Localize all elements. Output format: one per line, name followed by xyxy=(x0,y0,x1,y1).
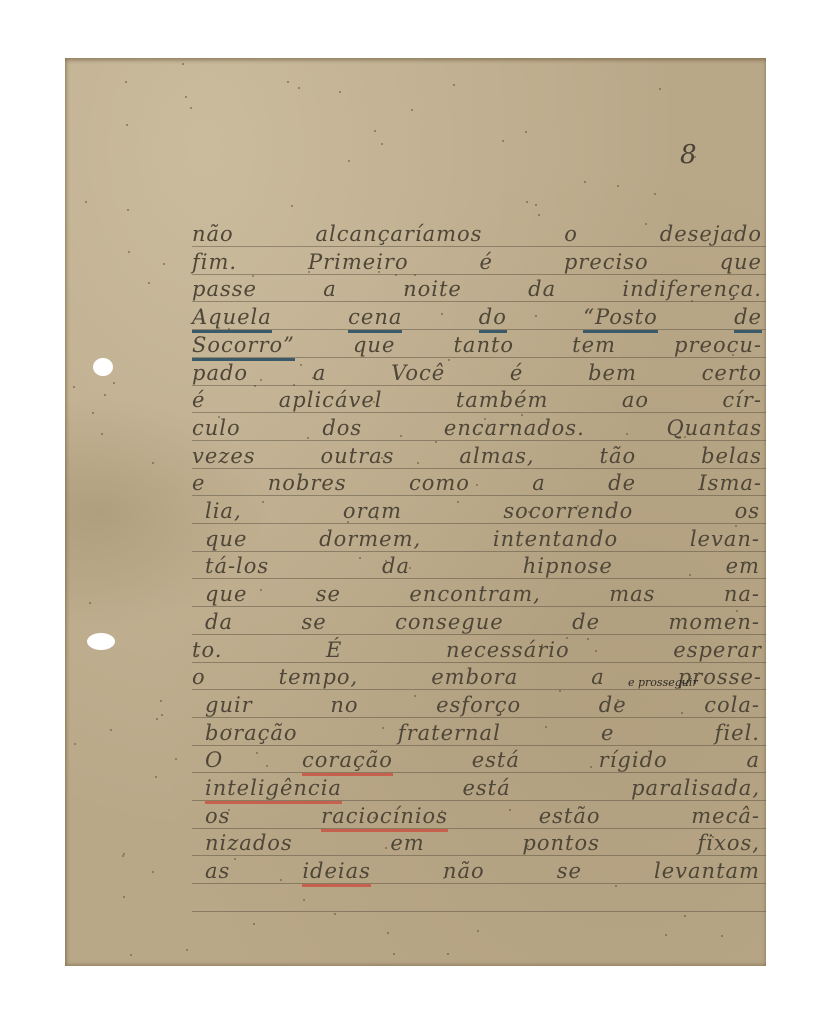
handwritten-word: preciso xyxy=(564,250,649,278)
handwritten-word: tanto xyxy=(453,333,514,361)
text-line: to.Énecessárioesperar xyxy=(192,638,762,666)
paper-speck xyxy=(447,953,449,955)
handwritten-word: ao xyxy=(622,388,649,416)
handwritten-word: mecâ- xyxy=(691,804,760,832)
paper-speck xyxy=(735,525,737,527)
paper-speck xyxy=(665,934,667,936)
paper-speck xyxy=(373,817,375,819)
handwritten-word: está xyxy=(462,776,510,804)
handwritten-word: de xyxy=(608,471,636,499)
paper-speck xyxy=(155,776,157,778)
handwritten-word: é xyxy=(510,361,523,389)
handwritten-word: os xyxy=(735,499,760,527)
handwritten-word: que xyxy=(205,582,247,610)
handwritten-word: embora xyxy=(431,665,518,693)
handwritten-word: coração xyxy=(302,748,393,776)
handwritten-word: É xyxy=(326,638,342,666)
paper-speck xyxy=(535,315,537,317)
paper-speck xyxy=(339,91,341,93)
paper-speck xyxy=(374,130,376,132)
text-line: passeanoitedaindiferença. xyxy=(192,277,762,305)
handwritten-word: inteligência xyxy=(205,776,342,804)
text-line: queseencontram,masna- xyxy=(205,582,760,610)
handwritten-word: as xyxy=(205,859,230,887)
handwritten-word: a xyxy=(532,471,546,499)
paper-speck xyxy=(228,627,230,629)
paper-speck xyxy=(300,364,302,366)
handwritten-word: belas xyxy=(701,444,762,472)
handwritten-word: de xyxy=(599,693,627,721)
handwritten-word: Quantas xyxy=(666,416,762,444)
paper-speck xyxy=(502,140,504,142)
paper-speck xyxy=(234,858,236,860)
paper-speck xyxy=(545,726,547,728)
handwritten-word: se xyxy=(316,582,341,610)
handwritten-word: que xyxy=(353,333,395,361)
handwritten-word: tempo, xyxy=(279,665,359,693)
handwritten-word: esforço xyxy=(436,693,521,721)
handwritten-word: mas xyxy=(609,582,655,610)
text-line: quedormem,intentandolevan- xyxy=(205,527,760,555)
handwritten-word: tá-los xyxy=(205,554,269,582)
paper-speck xyxy=(645,223,647,225)
paper-speck xyxy=(175,758,177,760)
handwritten-word: do xyxy=(479,305,507,333)
handwritten-word: oram xyxy=(343,499,402,527)
paper-speck xyxy=(161,714,163,716)
punch-hole-bottom xyxy=(87,633,115,650)
paper-speck xyxy=(293,384,295,386)
handwritten-word: e xyxy=(601,721,614,749)
paper-speck xyxy=(478,432,480,434)
handwritten-word: fim. xyxy=(192,250,237,278)
paper-speck xyxy=(126,124,128,126)
handwritten-word: em xyxy=(726,554,760,582)
paper-speck xyxy=(113,382,115,384)
handwritten-word: o xyxy=(564,222,578,250)
handwritten-word: culo xyxy=(192,416,241,444)
handwritten-word: que xyxy=(205,527,247,555)
paper-speck xyxy=(526,201,528,203)
paper-speck xyxy=(373,508,375,510)
paper-speck xyxy=(207,537,209,539)
handwritten-word: nobres xyxy=(268,471,347,499)
handwritten-word: ideias xyxy=(302,859,371,887)
handwritten-word: como xyxy=(409,471,470,499)
paper-speck xyxy=(409,567,411,569)
handwritten-word: boração xyxy=(205,721,298,749)
handwritten-word: a xyxy=(746,748,760,776)
handwritten-word: que xyxy=(720,250,762,278)
handwritten-word: necessário xyxy=(446,638,570,666)
handwritten-word: intentando xyxy=(493,527,618,555)
paper-speck xyxy=(152,462,154,464)
handwritten-word: é xyxy=(192,388,205,416)
handwritten-word: levantam xyxy=(654,859,760,887)
paper-speck xyxy=(626,433,628,435)
handwritten-word: guir xyxy=(205,693,253,721)
text-line: Socorro”quetantotempreocu- xyxy=(192,333,762,361)
handwritten-word: da xyxy=(528,277,556,305)
handwritten-word: outras xyxy=(321,444,395,472)
handwritten-word: pontos xyxy=(522,831,599,859)
handwritten-word: preocu- xyxy=(674,333,762,361)
paper-speck xyxy=(185,96,187,98)
page-number: 8 xyxy=(680,140,697,170)
paper-speck xyxy=(230,728,232,730)
paper-speck xyxy=(691,300,693,302)
handwritten-word: “Posto xyxy=(583,305,658,333)
handwritten-word: a xyxy=(591,665,605,693)
handwritten-word: certo xyxy=(702,361,762,389)
handwritten-word: a xyxy=(323,277,337,305)
handwritten-word: paralisada, xyxy=(631,776,760,804)
text-line: padoaVocêébemcerto xyxy=(192,361,762,389)
ruled-line xyxy=(192,911,766,912)
handwritten-word: raciocínios xyxy=(321,804,448,832)
text-line: inteligênciaestáparalisada, xyxy=(205,776,760,804)
handwritten-word: encontram, xyxy=(409,582,540,610)
paper-speck xyxy=(684,436,686,438)
handwritten-word: cola- xyxy=(704,693,760,721)
handwritten-word: encarnados. xyxy=(444,416,585,444)
paper-speck xyxy=(152,871,154,873)
handwritten-word: está xyxy=(472,748,520,776)
handwritten-word: hipnose xyxy=(523,554,613,582)
paper-speck xyxy=(382,727,384,729)
margin-annotation: e prosseguir xyxy=(628,676,698,689)
handwritten-word: lia, xyxy=(205,499,242,527)
text-line: nãoalcançaríamosodesejado xyxy=(192,222,762,250)
handwritten-word: to. xyxy=(192,638,222,666)
handwritten-word: em xyxy=(390,831,424,859)
paper-speck xyxy=(721,935,723,937)
paper-speck xyxy=(417,462,419,464)
handwritten-word: vezes xyxy=(192,444,256,472)
handwritten-word: da xyxy=(205,610,233,638)
handwritten-word: fraternal xyxy=(398,721,501,749)
handwritten-word: aplicável xyxy=(279,388,383,416)
paper-speck xyxy=(122,855,124,857)
handwritten-word: tem xyxy=(572,333,616,361)
handwritten-word: Socorro” xyxy=(192,333,295,361)
handwritten-word: Aquela xyxy=(192,305,272,333)
paper-speck xyxy=(376,518,378,520)
handwritten-word: pado xyxy=(192,361,248,389)
handwritten-word: alcançaríamos xyxy=(316,222,483,250)
handwritten-word: da xyxy=(382,554,410,582)
handwritten-word: dormem, xyxy=(319,527,421,555)
handwritten-word: Primeiro xyxy=(308,250,409,278)
handwritten-word: esperar xyxy=(673,638,762,666)
text-line: boraçãofraternalefiel. xyxy=(205,721,760,749)
text-line: tá-losdahipnoseem xyxy=(205,554,760,582)
handwritten-word: estão xyxy=(539,804,601,832)
paper-speck xyxy=(125,81,127,83)
text-line: fim.Primeiroéprecisoque xyxy=(192,250,762,278)
handwritten-word: se xyxy=(301,610,326,638)
paper-speck xyxy=(527,845,529,847)
handwritten-word: O xyxy=(205,748,223,776)
handwritten-word: também xyxy=(456,388,549,416)
handwritten-word: o xyxy=(192,665,206,693)
handwritten-word: socorrendo xyxy=(503,499,633,527)
punch-hole-top xyxy=(93,358,113,376)
handwritten-word: desejado xyxy=(660,222,762,250)
handwritten-word: é xyxy=(480,250,493,278)
handwritten-word: dos xyxy=(322,416,362,444)
paper-speck xyxy=(487,424,489,426)
paper-speck xyxy=(73,386,75,388)
handwritten-word: almas, xyxy=(459,444,534,472)
handwritten-word: cír- xyxy=(722,388,762,416)
handwritten-word: não xyxy=(192,222,234,250)
handwritten-word: tão xyxy=(600,444,637,472)
paper-speck xyxy=(252,275,254,277)
paper-speck xyxy=(298,87,300,89)
handwritten-word: nizados xyxy=(205,831,293,859)
handwritten-word: fixos, xyxy=(698,831,760,859)
paper-speck xyxy=(525,131,527,133)
handwritten-word: fiel. xyxy=(715,721,760,749)
paper-speck xyxy=(308,271,310,273)
handwritten-word: Isma- xyxy=(698,471,762,499)
paper-speck xyxy=(266,765,268,767)
text-line: nizadosempontosfixos, xyxy=(205,831,760,859)
handwritten-word: consegue xyxy=(395,610,504,638)
paper-speck xyxy=(198,336,200,338)
text-line: lia,oramsocorrendoos xyxy=(205,499,760,527)
handwritten-word: não xyxy=(443,859,485,887)
handwritten-word: no xyxy=(330,693,358,721)
handwritten-word: a xyxy=(313,361,327,389)
paper-speck xyxy=(528,511,530,513)
paper-speck xyxy=(260,589,262,591)
paper-speck xyxy=(85,201,87,203)
paper-speck xyxy=(577,505,579,507)
handwritten-word: Você xyxy=(391,361,445,389)
paper-speck xyxy=(256,752,258,754)
handwritten-word: de xyxy=(734,305,762,333)
handwritten-word: cena xyxy=(348,305,402,333)
text-line: guirnoesforçodecola- xyxy=(205,693,760,721)
handwritten-word: noite xyxy=(403,277,462,305)
handwritten-word: se xyxy=(557,859,582,887)
handwritten-word: levan- xyxy=(690,527,760,555)
paper-speck xyxy=(127,209,129,211)
paper-speck xyxy=(148,282,150,284)
text-line: asideiasnãoselevantam xyxy=(205,859,760,887)
text-line: Aquelacenado“Postode xyxy=(192,305,762,333)
handwritten-word: de xyxy=(572,610,600,638)
handwritten-word: rígido xyxy=(599,748,668,776)
handwritten-word: os xyxy=(205,804,230,832)
handwritten-word: bem xyxy=(588,361,637,389)
text-line: daseconseguedemomen- xyxy=(205,610,760,638)
paper-speck xyxy=(74,743,76,745)
paper-speck xyxy=(130,954,132,956)
handwritten-word: e xyxy=(192,471,205,499)
handwritten-word: momen- xyxy=(668,610,760,638)
text-line: Ocoraçãoestárígidoa xyxy=(205,748,760,776)
handwritten-word: passe xyxy=(192,277,257,305)
paper-speck xyxy=(196,654,198,656)
paper-speck xyxy=(590,766,592,768)
text-line: osraciocíniosestãomecâ- xyxy=(205,804,760,832)
text-line: vezesoutrasalmas,tãobelas xyxy=(192,444,762,472)
paper-speck xyxy=(160,700,162,702)
text-line: culodosencarnados.Quantas xyxy=(192,416,762,444)
text-line: éaplicáveltambémaocír- xyxy=(192,388,762,416)
paper-speck xyxy=(414,695,416,697)
paper-speck xyxy=(218,416,220,418)
handwritten-word: na- xyxy=(724,582,760,610)
paper-speck xyxy=(405,288,407,290)
